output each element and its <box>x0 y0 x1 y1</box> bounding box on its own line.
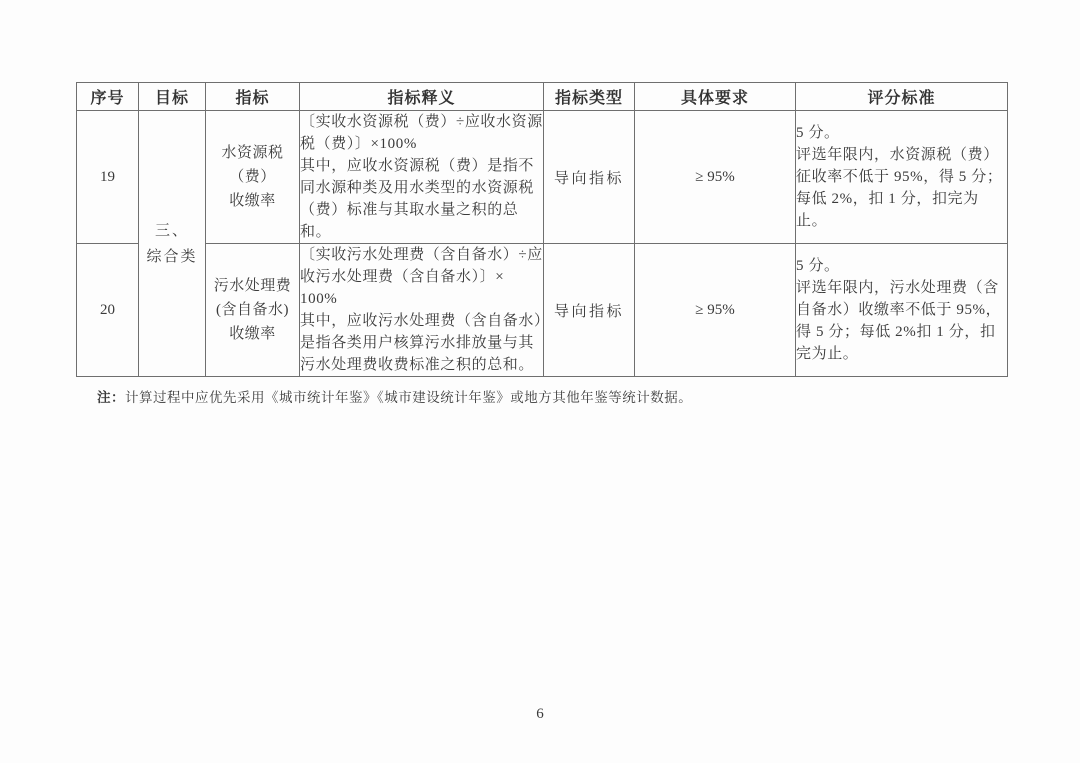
table-row-19: 19 三、 综合类 水资源税 （费） 收缴率 〔实收水资源税（费）÷应收水资源税… <box>77 111 1008 244</box>
cell-requirement-19: ≥ 95% <box>635 111 796 244</box>
cell-requirement-20: ≥ 95% <box>635 244 796 377</box>
table-row-20: 20 污水处理费 (含自备水) 收缴率 〔实收污水处理费（含自备水）÷应收污水处… <box>77 244 1008 377</box>
col-header-scoring: 评分标准 <box>796 83 1008 111</box>
cell-scoring-20: 5 分。 评选年限内，污水处理费（含自备水）收缴率不低于 95%，得 5 分；每… <box>796 244 1008 377</box>
col-header-requirement: 具体要求 <box>635 83 796 111</box>
col-header-seq: 序号 <box>77 83 139 111</box>
cell-seq-20: 20 <box>77 244 139 377</box>
footnote-label: 注： <box>97 390 125 405</box>
cell-definition-20: 〔实收污水处理费（含自备水）÷应收污水处理费（含自备水）〕× 100% 其中，应… <box>300 244 544 377</box>
cell-definition-19: 〔实收水资源税（费）÷应收水资源税（费）〕×100% 其中，应收水资源税（费）是… <box>300 111 544 244</box>
cell-indicator-19: 水资源税 （费） 收缴率 <box>206 111 300 244</box>
footnote: 注：计算过程中应优先采用《城市统计年鉴》《城市建设统计年鉴》或地方其他年鉴等统计… <box>97 386 692 406</box>
col-header-type: 指标类型 <box>544 83 635 111</box>
indicator-scoring-table: 序号 目标 指标 指标释义 指标类型 具体要求 评分标准 19 三、 综合类 水… <box>76 82 1008 377</box>
cell-seq-19: 19 <box>77 111 139 244</box>
cell-indicator-20: 污水处理费 (含自备水) 收缴率 <box>206 244 300 377</box>
footnote-text: 计算过程中应优先采用《城市统计年鉴》《城市建设统计年鉴》或地方其他年鉴等统计数据… <box>125 390 692 405</box>
cell-goal-group: 三、 综合类 <box>139 111 206 377</box>
col-header-definition: 指标释义 <box>300 83 544 111</box>
col-header-goal: 目标 <box>139 83 206 111</box>
col-header-indicator: 指标 <box>206 83 300 111</box>
header-row: 序号 目标 指标 指标释义 指标类型 具体要求 评分标准 <box>77 83 1008 111</box>
document-page: 序号 目标 指标 指标释义 指标类型 具体要求 评分标准 19 三、 综合类 水… <box>0 0 1080 763</box>
cell-type-19: 导向指标 <box>544 111 635 244</box>
cell-type-20: 导向指标 <box>544 244 635 377</box>
page-number: 6 <box>0 706 1080 723</box>
cell-scoring-19: 5 分。 评选年限内，水资源税（费）征收率不低于 95%，得 5 分；每低 2%… <box>796 111 1008 244</box>
